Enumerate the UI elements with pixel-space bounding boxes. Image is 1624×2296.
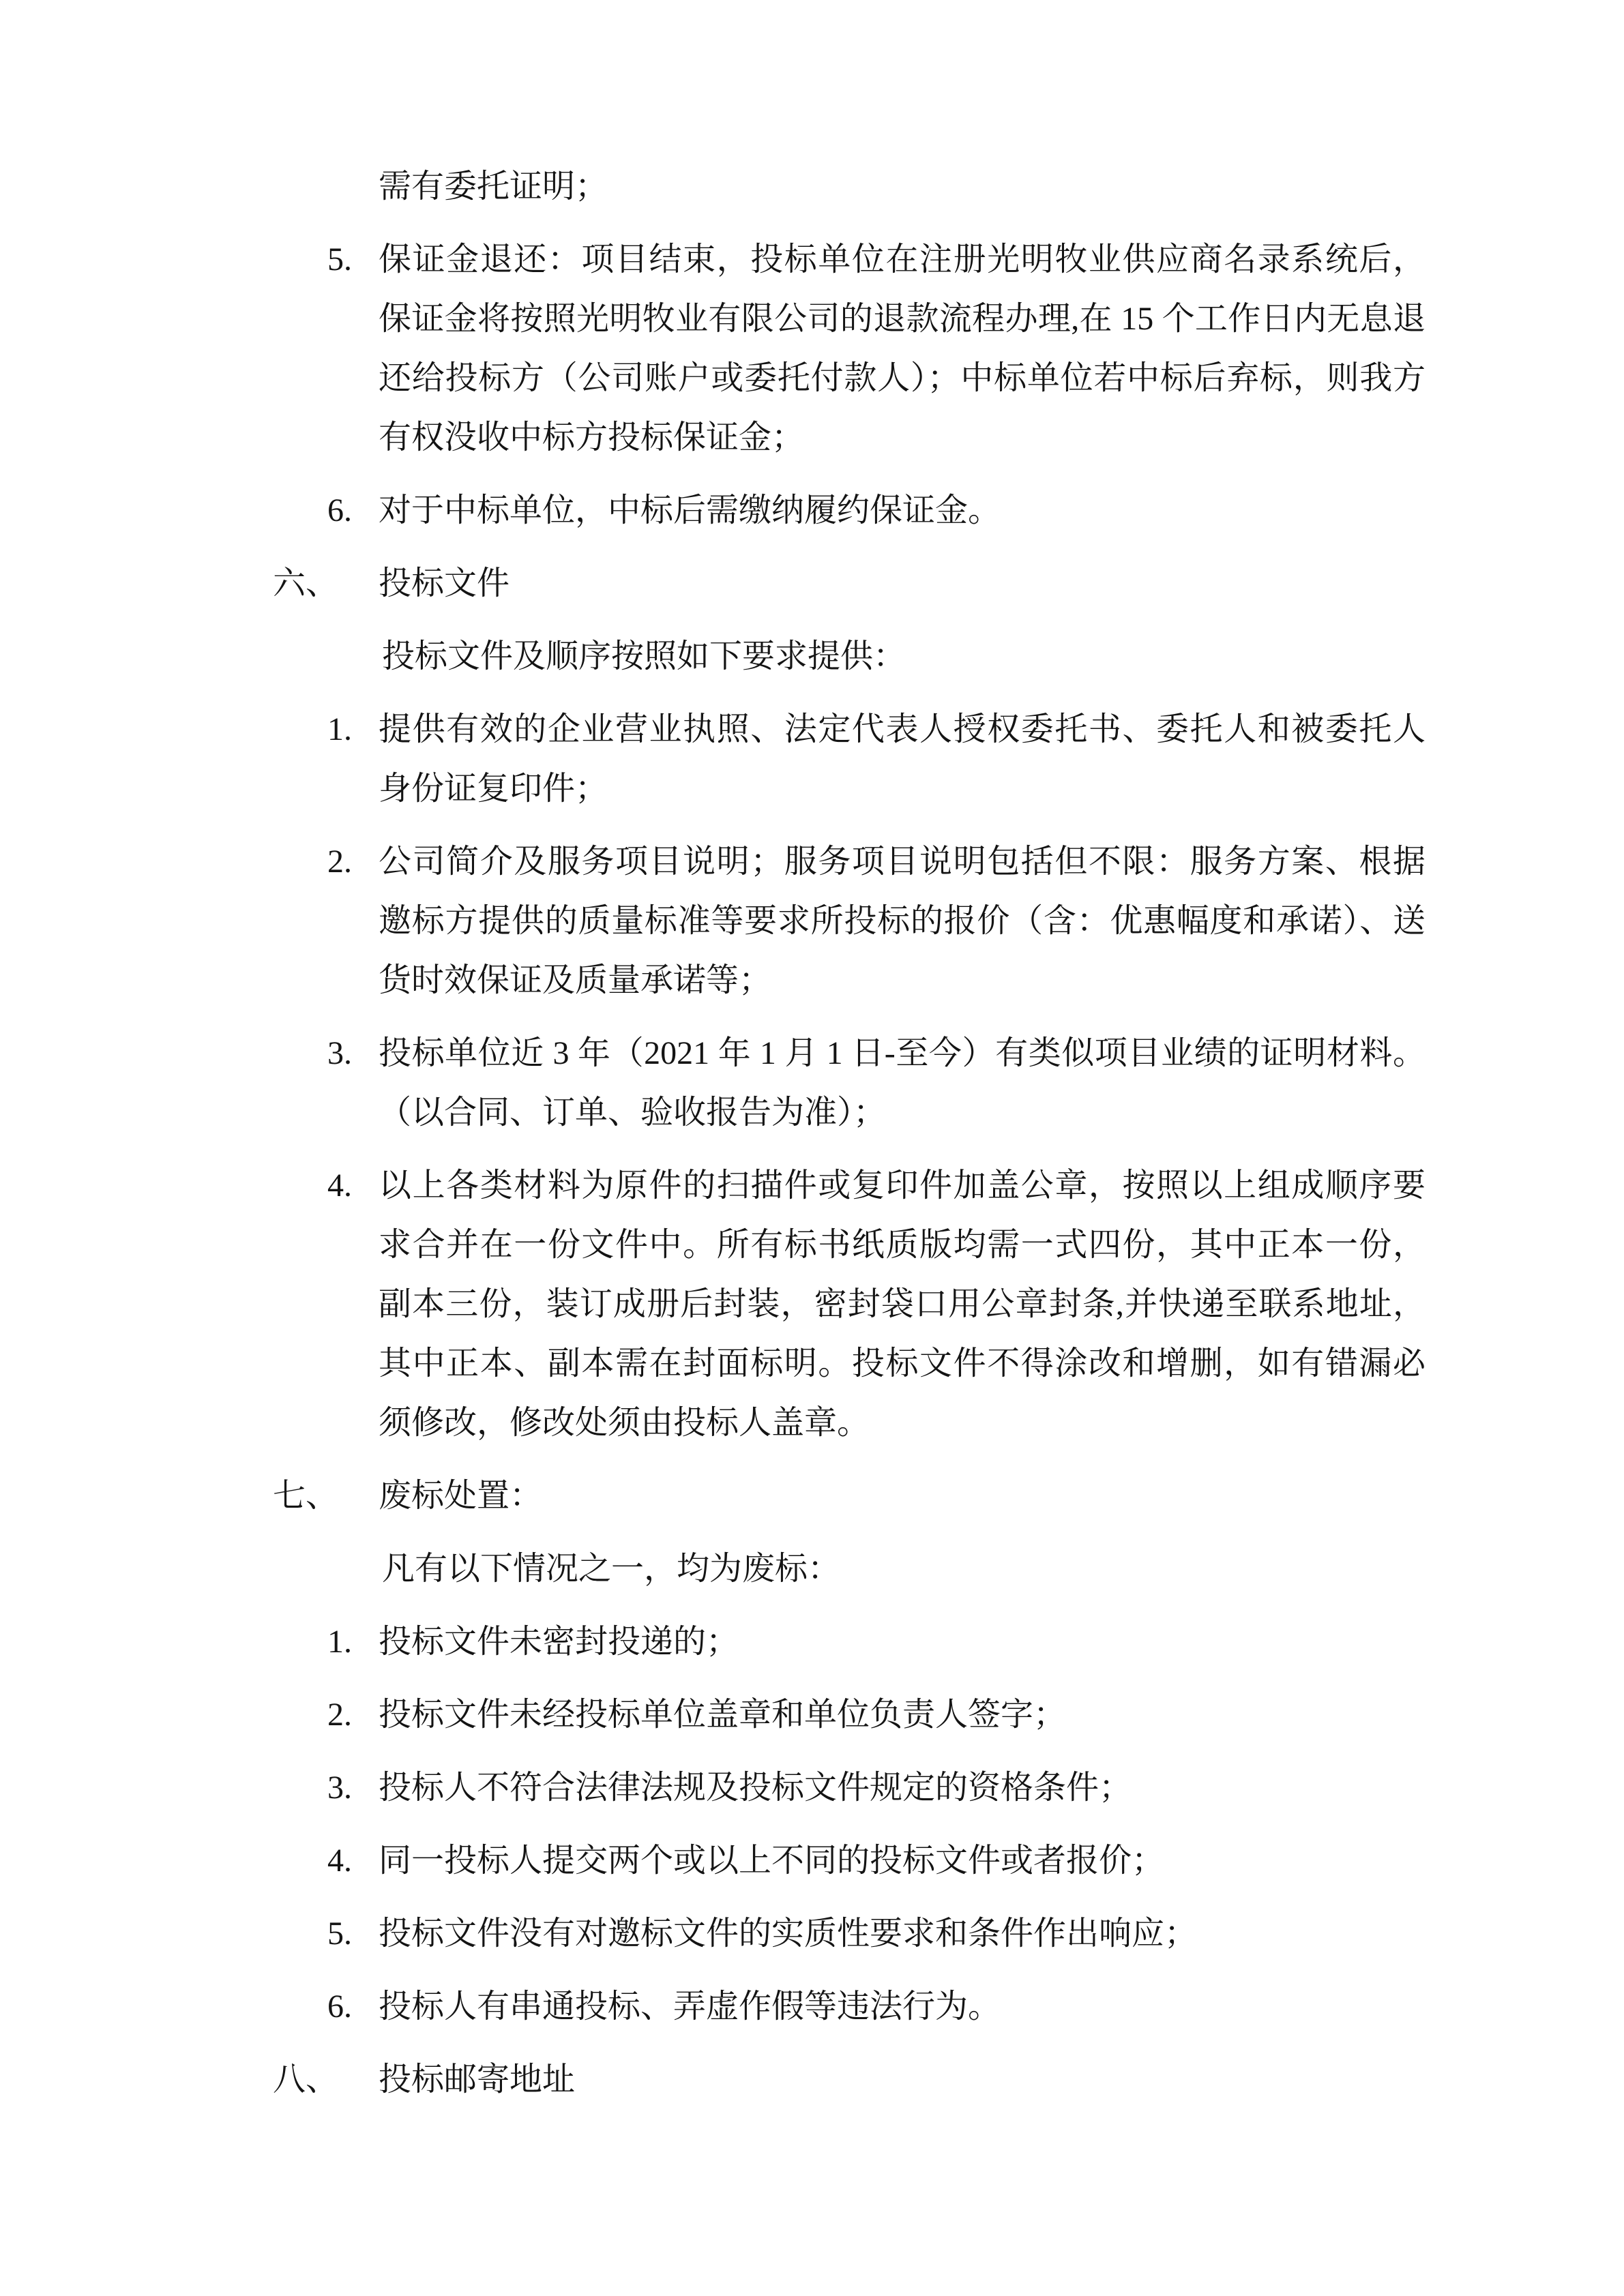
- document-text-block: 需有委托证明； 5. 保证金退还：项目结束，投标单位在注册光明牧业供应商名录系统…: [273, 157, 1426, 2123]
- section-intro-line: 投标文件及顺序按照如下要求提供：: [382, 627, 1426, 686]
- list-text: 投标单位近 3 年（2021 年 1 月 1 日-至今）有类似项目业绩的证明材料…: [379, 1024, 1426, 1142]
- list-item: 3. 投标单位近 3 年（2021 年 1 月 1 日-至今）有类似项目业绩的证…: [327, 1024, 1426, 1142]
- list-item: 3. 投标人不符合法律法规及投标文件规定的资格条件；: [327, 1758, 1426, 1817]
- list-number: 2.: [327, 832, 379, 1010]
- section-number: 六、: [273, 554, 379, 613]
- list-item: 1. 投标文件未密封投递的；: [327, 1612, 1426, 1671]
- list-number: 1.: [327, 700, 379, 818]
- list-number: 4.: [327, 1831, 379, 1890]
- list-item: 1. 提供有效的企业营业执照、法定代表人授权委托书、委托人和被委托人身份证复印件…: [327, 700, 1426, 818]
- document-page: 需有委托证明； 5. 保证金退还：项目结束，投标单位在注册光明牧业供应商名录系统…: [0, 0, 1624, 2296]
- list-number: 6.: [327, 1977, 379, 2036]
- list-number: 5.: [327, 230, 379, 467]
- list-item: 5. 保证金退还：项目结束，投标单位在注册光明牧业供应商名录系统后，保证金将按照…: [327, 230, 1426, 467]
- list-text: 公司简介及服务项目说明；服务项目说明包括但不限：服务方案、根据邀标方提供的质量标…: [379, 832, 1426, 1010]
- section-heading: 七、 废标处置：: [273, 1466, 1426, 1525]
- list-item: 2. 公司简介及服务项目说明；服务项目说明包括但不限：服务方案、根据邀标方提供的…: [327, 832, 1426, 1010]
- list-number: 6.: [327, 481, 379, 540]
- list-text: 保证金退还：项目结束，投标单位在注册光明牧业供应商名录系统后，保证金将按照光明牧…: [379, 230, 1426, 467]
- list-number: 4.: [327, 1156, 379, 1452]
- list-number: 3.: [327, 1758, 379, 1817]
- section-heading: 八、 投标邮寄地址: [273, 2050, 1426, 2109]
- list-text: 对于中标单位，中标后需缴纳履约保证金。: [379, 481, 1426, 540]
- section-title: 投标文件: [379, 554, 1426, 613]
- list-item: 4. 以上各类材料为原件的扫描件或复印件加盖公章，按照以上组成顺序要求合并在一份…: [327, 1156, 1426, 1452]
- list-number: 5.: [327, 1904, 379, 1963]
- section-intro-line: 凡有以下情况之一，均为废标：: [382, 1539, 1426, 1598]
- list-item: 5. 投标文件没有对邀标文件的实质性要求和条件作出响应；: [327, 1904, 1426, 1963]
- list-number: 2.: [327, 1685, 379, 1744]
- list-text: 投标人不符合法律法规及投标文件规定的资格条件；: [379, 1758, 1426, 1817]
- list-item: 4. 同一投标人提交两个或以上不同的投标文件或者报价；: [327, 1831, 1426, 1890]
- section-number: 八、: [273, 2050, 379, 2109]
- list-text: 投标文件没有对邀标文件的实质性要求和条件作出响应；: [379, 1904, 1426, 1963]
- list-number: 1.: [327, 1612, 379, 1671]
- list-text: 提供有效的企业营业执照、法定代表人授权委托书、委托人和被委托人身份证复印件；: [379, 700, 1426, 818]
- list-text: 投标文件未密封投递的；: [379, 1612, 1426, 1671]
- list-text: 投标文件未经投标单位盖章和单位负责人签字；: [379, 1685, 1426, 1744]
- section-title: 投标邮寄地址: [379, 2050, 1426, 2109]
- list-number: 3.: [327, 1024, 379, 1142]
- list-item: 6. 对于中标单位，中标后需缴纳履约保证金。: [327, 481, 1426, 540]
- section-title: 废标处置：: [379, 1466, 1426, 1525]
- list-text: 投标人有串通投标、弄虚作假等违法行为。: [379, 1977, 1426, 2036]
- list-text: 同一投标人提交两个或以上不同的投标文件或者报价；: [379, 1831, 1426, 1890]
- paragraph-continuation: 需有委托证明；: [379, 157, 1426, 216]
- section-heading: 六、 投标文件: [273, 554, 1426, 613]
- list-item: 2. 投标文件未经投标单位盖章和单位负责人签字；: [327, 1685, 1426, 1744]
- list-text: 以上各类材料为原件的扫描件或复印件加盖公章，按照以上组成顺序要求合并在一份文件中…: [379, 1156, 1426, 1452]
- list-item: 6. 投标人有串通投标、弄虚作假等违法行为。: [327, 1977, 1426, 2036]
- section-number: 七、: [273, 1466, 379, 1525]
